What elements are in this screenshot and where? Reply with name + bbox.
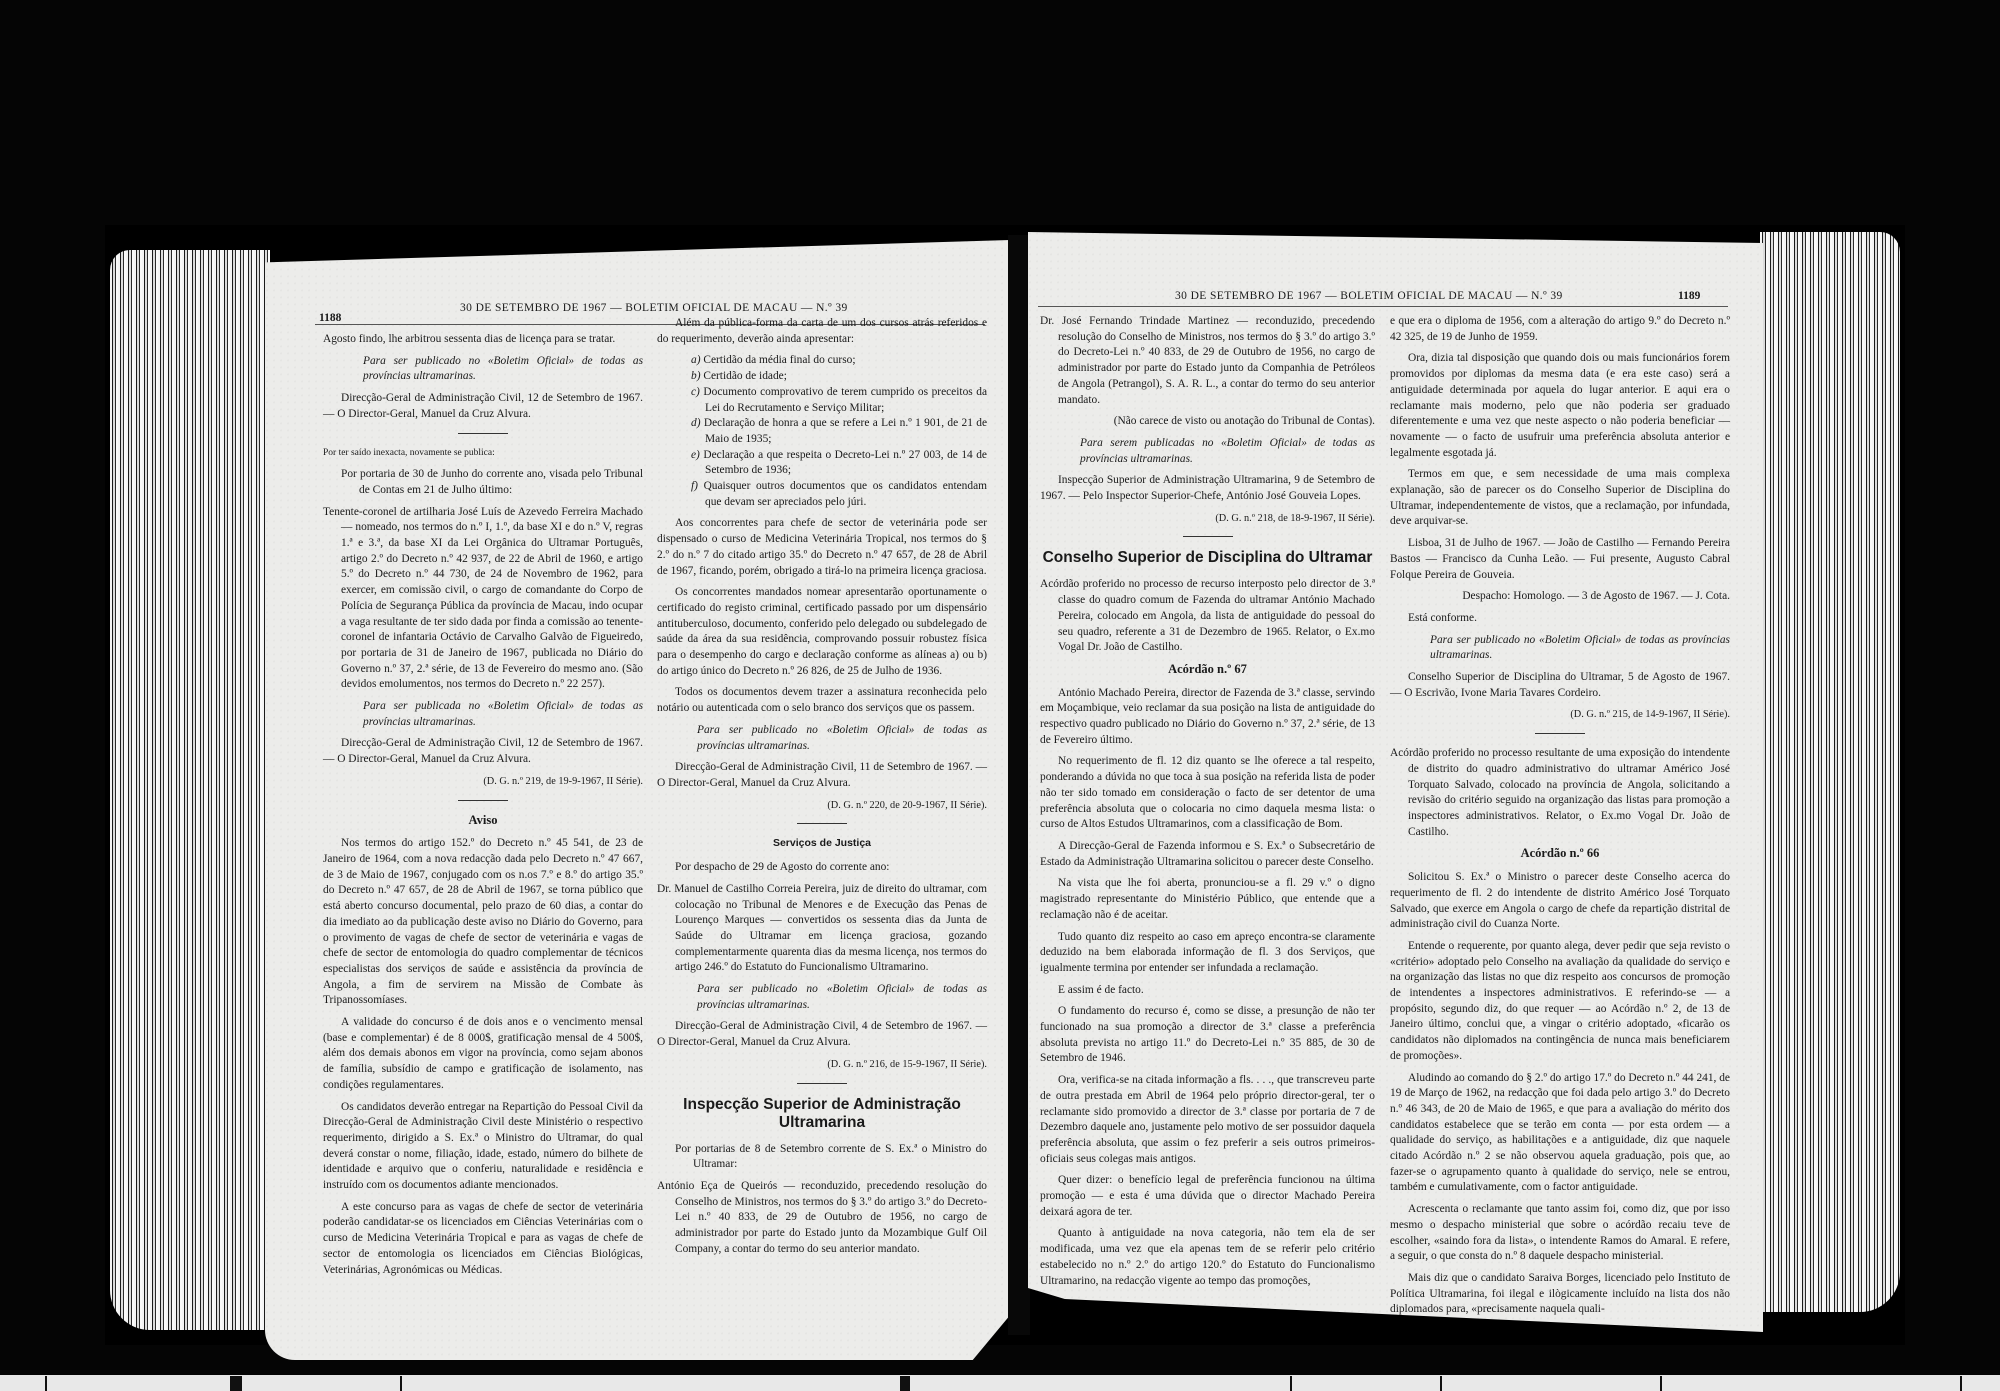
separator [1183, 536, 1233, 537]
paragraph: A Direcção-Geral de Fazenda informou e S… [1040, 839, 1375, 870]
ruler-tick [900, 1376, 910, 1391]
ruler-tick [1960, 1376, 1962, 1391]
separator [797, 823, 847, 824]
ruler-tick [1660, 1376, 1662, 1391]
paragraph: Ora, verifica-se na citada informação a … [1040, 1073, 1375, 1167]
paragraph: Ora, dizia tal disposição que quando doi… [1390, 351, 1730, 461]
appointment-entry: Tenente-coronel de artilharia José Luís … [323, 505, 643, 693]
paragraph: Acrescenta o reclamante que tanto assim … [1390, 1202, 1730, 1265]
paragraph: Aludindo ao comando do § 2.º do artigo 1… [1390, 1071, 1730, 1197]
left-page-column-1: Agosto findo, lhe arbitrou sessenta dias… [323, 332, 643, 1284]
gazette-reference: (D. G. n.º 220, de 20-9-1967, II Série). [657, 798, 987, 814]
right-page-column-2: e que era o diploma de 1956, com a alter… [1390, 314, 1730, 1324]
publication-note: Para ser publicado no «Boletim Oficial» … [323, 354, 643, 385]
ruler-tick [400, 1376, 402, 1391]
paragraph: No requerimento de fl. 12 diz quanto se … [1040, 754, 1375, 833]
left-page: 1188 30 DE SETEMBRO DE 1967 — BOLETIM OF… [265, 240, 1010, 1360]
appointment-entry: António Eça de Queirós — reconduzido, pr… [657, 1179, 987, 1258]
section-heading-aviso: Aviso [323, 813, 643, 829]
dispatch: Despacho: Homologo. — 3 de Agosto de 196… [1390, 589, 1730, 605]
paragraph: Todos os documentos devem trazer a assin… [657, 685, 987, 716]
gazette-reference: (D. G. n.º 219, de 19-9-1967, II Série). [323, 774, 643, 790]
ruler-tick [230, 1376, 242, 1391]
running-head: 30 DE SETEMBRO DE 1967 — BOLETIM OFICIAL… [1175, 290, 1563, 302]
signature: Direcção-Geral de Administração Civil, 4… [657, 1019, 987, 1050]
paragraph: Por despacho de 29 de Agosto do corrente… [657, 860, 987, 876]
paragraph: Os candidatos deverão entregar na Repart… [323, 1100, 643, 1194]
separator [1535, 733, 1585, 734]
publication-note: Para ser publicado no «Boletim Oficial» … [657, 723, 987, 754]
paragraph: Por portarias de 8 de Setembro corrente … [657, 1142, 987, 1173]
list-item: a) Certidão da média final do curso; [691, 353, 987, 369]
appointment-entry: Dr. José Fernando Trindade Martinez — re… [1040, 314, 1375, 408]
list-item: b) Certidão de idade; [691, 369, 987, 385]
paragraph: Nos termos do artigo 152.º do Decreto n.… [323, 836, 643, 1009]
paragraph: A este concurso para as vagas de chefe d… [323, 1200, 643, 1279]
page-edges-right [1760, 232, 1900, 1312]
paragraph: Solicitou S. Ex.ª o Ministro o parecer d… [1390, 870, 1730, 933]
running-head: 30 DE SETEMBRO DE 1967 — BOLETIM OFICIAL… [460, 302, 848, 314]
paragraph: Termos em que, e sem necessidade de uma … [1390, 467, 1730, 530]
signature: Inspecção Superior de Administração Ultr… [1040, 473, 1375, 504]
paragraph: Agosto findo, lhe arbitrou sessenta dias… [323, 332, 643, 348]
gazette-reference: (D. G. n.º 218, de 18-9-1967, II Série). [1040, 511, 1375, 527]
paragraph: Por portaria de 30 de Junho do corrente … [323, 467, 643, 498]
paragraph: Além da pública-forma da carta de um dos… [657, 316, 987, 347]
paragraph: António Machado Pereira, director de Faz… [1040, 686, 1375, 749]
paragraph: Os concorrentes mandados nomear apresent… [657, 585, 987, 679]
ruler-tick [1290, 1376, 1292, 1391]
ruler-tick [1440, 1376, 1442, 1391]
paragraph: Acórdão proferido no processo de recurso… [1040, 577, 1375, 656]
paragraph: Mais diz que o candidato Saraiva Borges,… [1390, 1271, 1730, 1318]
paragraph: Está conforme. [1390, 611, 1730, 627]
correction-note: Por ter saído inexacta, novamente se pub… [323, 446, 643, 462]
signature: Direcção-Geral de Administração Civil, 1… [657, 760, 987, 791]
requirements-list: a) Certidão da média final do curso; b) … [657, 353, 987, 510]
paragraph: Aos concorrentes para chefe de sector de… [657, 516, 987, 579]
list-item: c) Documento comprovativo de terem cumpr… [691, 385, 987, 416]
heading-acordao-66: Acórdão n.º 66 [1390, 846, 1730, 862]
paragraph: (Não carece de visto ou anotação do Trib… [1040, 414, 1375, 430]
paragraph: Tudo quanto diz respeito ao caso em apre… [1040, 930, 1375, 977]
signature: Direcção-Geral de Administração Civil, 1… [323, 736, 643, 767]
section-heading-conselho: Conselho Superior de Disciplina do Ultra… [1040, 549, 1375, 567]
page-edges-left [110, 250, 270, 1330]
header-rule [1038, 306, 1728, 307]
paragraph: A validade do concurso é de dois anos e … [323, 1015, 643, 1094]
gazette-reference: (D. G. n.º 215, de 14-9-1967, II Série). [1390, 707, 1730, 723]
page-number: 1189 [1678, 290, 1700, 302]
list-item: f) Quaisquer outros documentos que os ca… [691, 479, 987, 510]
ruler-tick [45, 1376, 47, 1391]
paragraph: Quer dizer: o benefício legal de preferê… [1040, 1173, 1375, 1220]
paragraph: e que era o diploma de 1956, com a alter… [1390, 314, 1730, 345]
paragraph: Na vista que lhe foi aberta, pronunciou-… [1040, 876, 1375, 923]
separator [458, 800, 508, 801]
paragraph: O fundamento do recurso é, como se disse… [1040, 1004, 1375, 1067]
right-page: 30 DE SETEMBRO DE 1967 — BOLETIM OFICIAL… [1028, 232, 1763, 1332]
paragraph: E assim é de facto. [1040, 983, 1375, 999]
list-item: e) Declaração a que respeita o Decreto-L… [691, 448, 987, 479]
scanner-bottom-strip [0, 1375, 2000, 1391]
list-item: d) Declaração de honra a que se refere a… [691, 416, 987, 447]
page-number: 1188 [319, 312, 341, 324]
paragraph: Quanto à antiguidade na nova categoria, … [1040, 1226, 1375, 1289]
appointment-entry: Dr. Manuel de Castilho Correia Pereira, … [657, 882, 987, 976]
publication-note: Para ser publicado no «Boletim Oficial» … [1390, 633, 1730, 664]
paragraph: Entende o requerente, por quanto alega, … [1390, 939, 1730, 1065]
section-heading-inspeccao: Inspecção Superior de Administração Ultr… [657, 1096, 987, 1132]
book-gutter [1008, 235, 1030, 1335]
paragraph: Lisboa, 31 de Julho de 1967. — João de C… [1390, 536, 1730, 583]
paragraph: Acórdão proferido no processo resultante… [1390, 746, 1730, 840]
section-heading-justica: Serviços de Justiça [657, 836, 987, 852]
right-page-column-1: Dr. José Fernando Trindade Martinez — re… [1040, 314, 1375, 1295]
publication-note: Para ser publicado no «Boletim Oficial» … [657, 982, 987, 1013]
publication-note: Para serem publicadas no «Boletim Oficia… [1040, 436, 1375, 467]
publication-note: Para ser publicada no «Boletim Oficial» … [323, 699, 643, 730]
separator [797, 1083, 847, 1084]
signature: Conselho Superior de Disciplina do Ultra… [1390, 670, 1730, 701]
separator [458, 433, 508, 434]
gazette-reference: (D. G. n.º 216, de 15-9-1967, II Série). [657, 1057, 987, 1073]
signature: Direcção-Geral de Administração Civil, 1… [323, 391, 643, 422]
left-page-column-2: Além da pública-forma da carta de um dos… [657, 316, 987, 1263]
heading-acordao-67: Acórdão n.º 67 [1040, 662, 1375, 678]
